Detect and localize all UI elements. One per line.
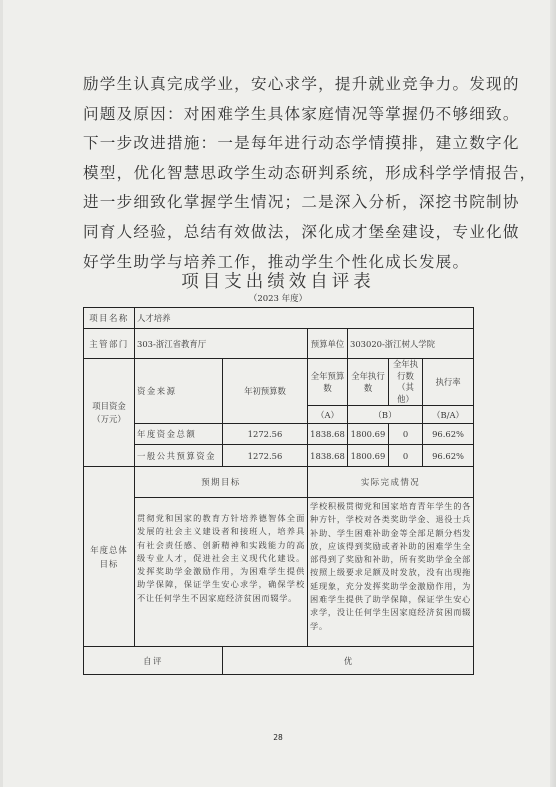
fund-initial: 1272.56 [223, 445, 308, 467]
table-row: 年度资金总额 1272.56 1838.68 1800.69 0 96.62% [84, 424, 474, 445]
page-edge-right [550, 0, 556, 787]
row-project-name: 项目名称 人才培养 [84, 308, 474, 329]
row-goal-content: 贯彻党和国家的教育方针培养德智体全面发展的社会主义建设者和接班人，培养具有社会责… [84, 498, 474, 647]
header-full-year-budget: 全年预算数 [308, 359, 348, 406]
table-title: 项目支出绩效自评表 [0, 268, 556, 293]
fund-rate: 96.62% [423, 445, 474, 467]
page-number: 28 [0, 733, 556, 742]
header-initial-budget: 年初预算数 [223, 359, 308, 424]
actual-header: 实际完成情况 [308, 467, 474, 498]
body-line: 下一步改进措施：一是每年进行动态学情摸排，建立数字化 [83, 129, 473, 159]
page-edge-left [0, 0, 3, 787]
header-exec-rate: 执行率 [423, 359, 474, 406]
fund-initial: 1272.56 [223, 424, 308, 445]
fund-source: 一般公共预算资金 [135, 445, 223, 467]
header-full-year-exec: 全年执行数 [348, 359, 389, 406]
row-department: 主管部门 303-浙江省教育厅 预算单位 303020-浙江树人学院 [84, 329, 474, 359]
fund-exec-b: 1800.69 [348, 424, 389, 445]
fund-rate: 96.62% [423, 424, 474, 445]
budget-unit-label: 预算单位 [308, 329, 348, 359]
budget-unit-value: 303020-浙江树人学院 [348, 329, 474, 359]
fund-source: 年度资金总额 [135, 424, 223, 445]
fund-budget-a: 1838.68 [308, 424, 348, 445]
fund-exec-b: 1800.69 [348, 445, 389, 467]
body-line: 同育人经验，总结有效做法，深化成才堡垒建设，专业化做 [83, 218, 473, 248]
body-line: 模型，优化智慧思政学生动态研判系统，形成科学学情报告， [83, 159, 473, 189]
body-line: 问题及原因：对困难学生具体家庭情况等掌握仍不够细致。 [83, 100, 473, 130]
project-name-value: 人才培养 [135, 308, 474, 329]
body-paragraph: 励学生认真完成学业，安心求学，提升就业竞争力。发现的 问题及原因：对困难学生具体… [83, 70, 473, 277]
body-line: 进一步细致化掌握学生情况；二是深入分析，深挖书院制协 [83, 188, 473, 218]
dept-label: 主管部门 [84, 329, 135, 359]
header-b: （B） [348, 406, 423, 424]
expected-goal-header: 预期目标 [135, 467, 308, 498]
table-row: 一般公共预算资金 1272.56 1838.68 1800.69 0 96.62… [84, 445, 474, 467]
header-ba: （B/A） [423, 406, 474, 424]
fund-exec-other: 0 [389, 445, 423, 467]
fund-exec-other: 0 [389, 424, 423, 445]
funds-label: 项目资金（万元） [84, 359, 135, 467]
annual-goal-label: 年度总体目标 [84, 467, 135, 647]
dept-value: 303-浙江省教育厅 [135, 329, 308, 359]
expected-goal-text: 贯彻党和国家的教育方针培养德智体全面发展的社会主义建设者和接班人，培养具有社会责… [135, 498, 308, 647]
project-name-label: 项目名称 [84, 308, 135, 329]
actual-text: 学校积极贯彻党和国家培育青年学生的各种方针，学校对各类奖助学金、退役士兵补助、学… [308, 498, 474, 647]
row-goal-header: 年度总体目标 预期目标 实际完成情况 [84, 467, 474, 498]
body-line: 励学生认真完成学业，安心求学，提升就业竞争力。发现的 [83, 70, 473, 100]
header-full-year-exec-other: 全年执行数（其他） [389, 359, 423, 406]
row-self-eval: 自评 优 [84, 647, 474, 675]
performance-table: 项目名称 人才培养 主管部门 303-浙江省教育厅 预算单位 303020-浙江… [83, 307, 474, 675]
header-source: 资金来源 [135, 359, 223, 424]
self-eval-label: 自评 [84, 647, 223, 675]
header-a: （A） [308, 406, 348, 424]
table-year: （2023 年度） [0, 292, 556, 304]
fund-budget-a: 1838.68 [308, 445, 348, 467]
self-eval-value: 优 [223, 647, 474, 675]
row-funds-header: 项目资金（万元） 资金来源 年初预算数 全年预算数 全年执行数 全年执行数（其他… [84, 359, 474, 406]
